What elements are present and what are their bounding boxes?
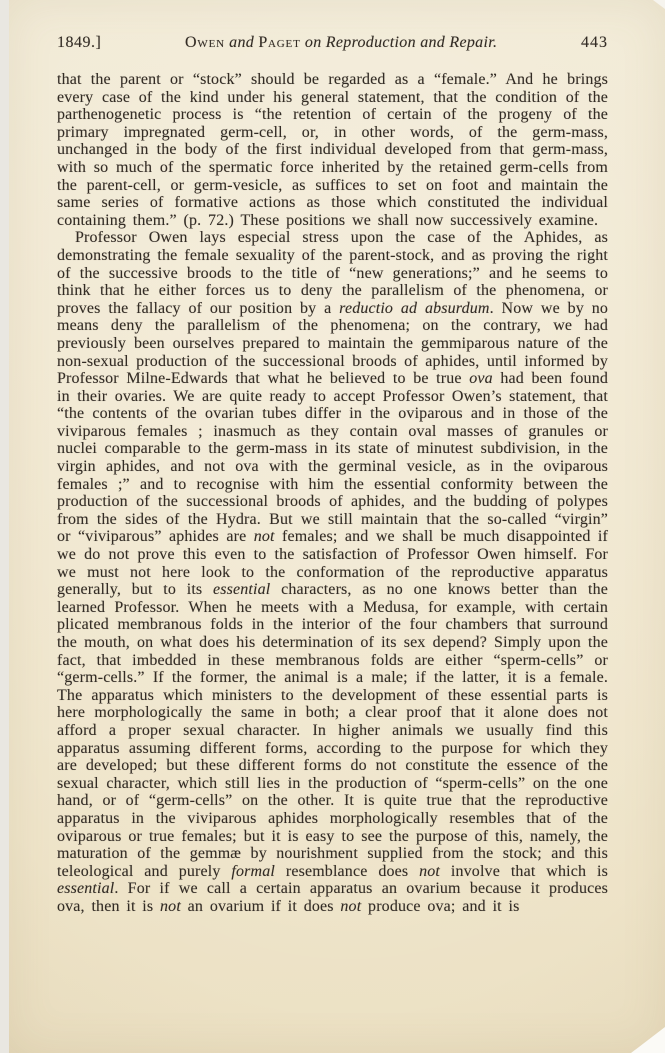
text-run: characters, as no one knows better than … xyxy=(57,581,608,880)
header-title: Owen and Paget on Reproduction and Repai… xyxy=(185,34,497,52)
running-head: 1849.] Owen and Paget on Reproduction an… xyxy=(57,34,608,52)
italic-text: not xyxy=(340,898,361,915)
scanned-page: 1849.] Owen and Paget on Reproduction an… xyxy=(0,0,665,1053)
italic-text: formal xyxy=(231,863,275,880)
text-run: that the parent or “stock” should be reg… xyxy=(57,71,608,229)
italic-text: and xyxy=(225,34,259,51)
smallcaps-text: Paget xyxy=(258,34,300,51)
text-run: involve that which is xyxy=(440,863,608,880)
italic-text: not xyxy=(419,863,440,880)
italic-text: not xyxy=(160,898,181,915)
paragraph: Professor Owen lays especial stress upon… xyxy=(57,229,608,915)
italic-text: ova xyxy=(469,370,493,387)
page-corner-bottom-right xyxy=(631,1027,665,1053)
italic-text: not xyxy=(254,528,275,545)
text-run: resemblance does xyxy=(275,863,419,880)
page-body: that the parent or “stock” should be reg… xyxy=(57,71,608,916)
italic-text: essential xyxy=(213,581,270,598)
paragraph: that the parent or “stock” should be reg… xyxy=(57,71,608,229)
page-content: 1849.] Owen and Paget on Reproduction an… xyxy=(57,34,608,916)
text-run: had been found in their ovaries. We are … xyxy=(57,370,608,545)
smallcaps-text: Owen xyxy=(185,34,225,51)
italic-text: on Reproduction and Repair. xyxy=(301,34,498,51)
italic-text: essential xyxy=(57,880,114,897)
header-year: 1849.] xyxy=(57,34,101,52)
header-page-number: 443 xyxy=(581,34,608,52)
text-run: an ovarium if it does xyxy=(181,898,340,915)
italic-text: reductio ad absurdum xyxy=(339,300,489,317)
page-corner-top-right xyxy=(653,0,665,9)
text-run: produce ova; and it is xyxy=(361,898,519,915)
